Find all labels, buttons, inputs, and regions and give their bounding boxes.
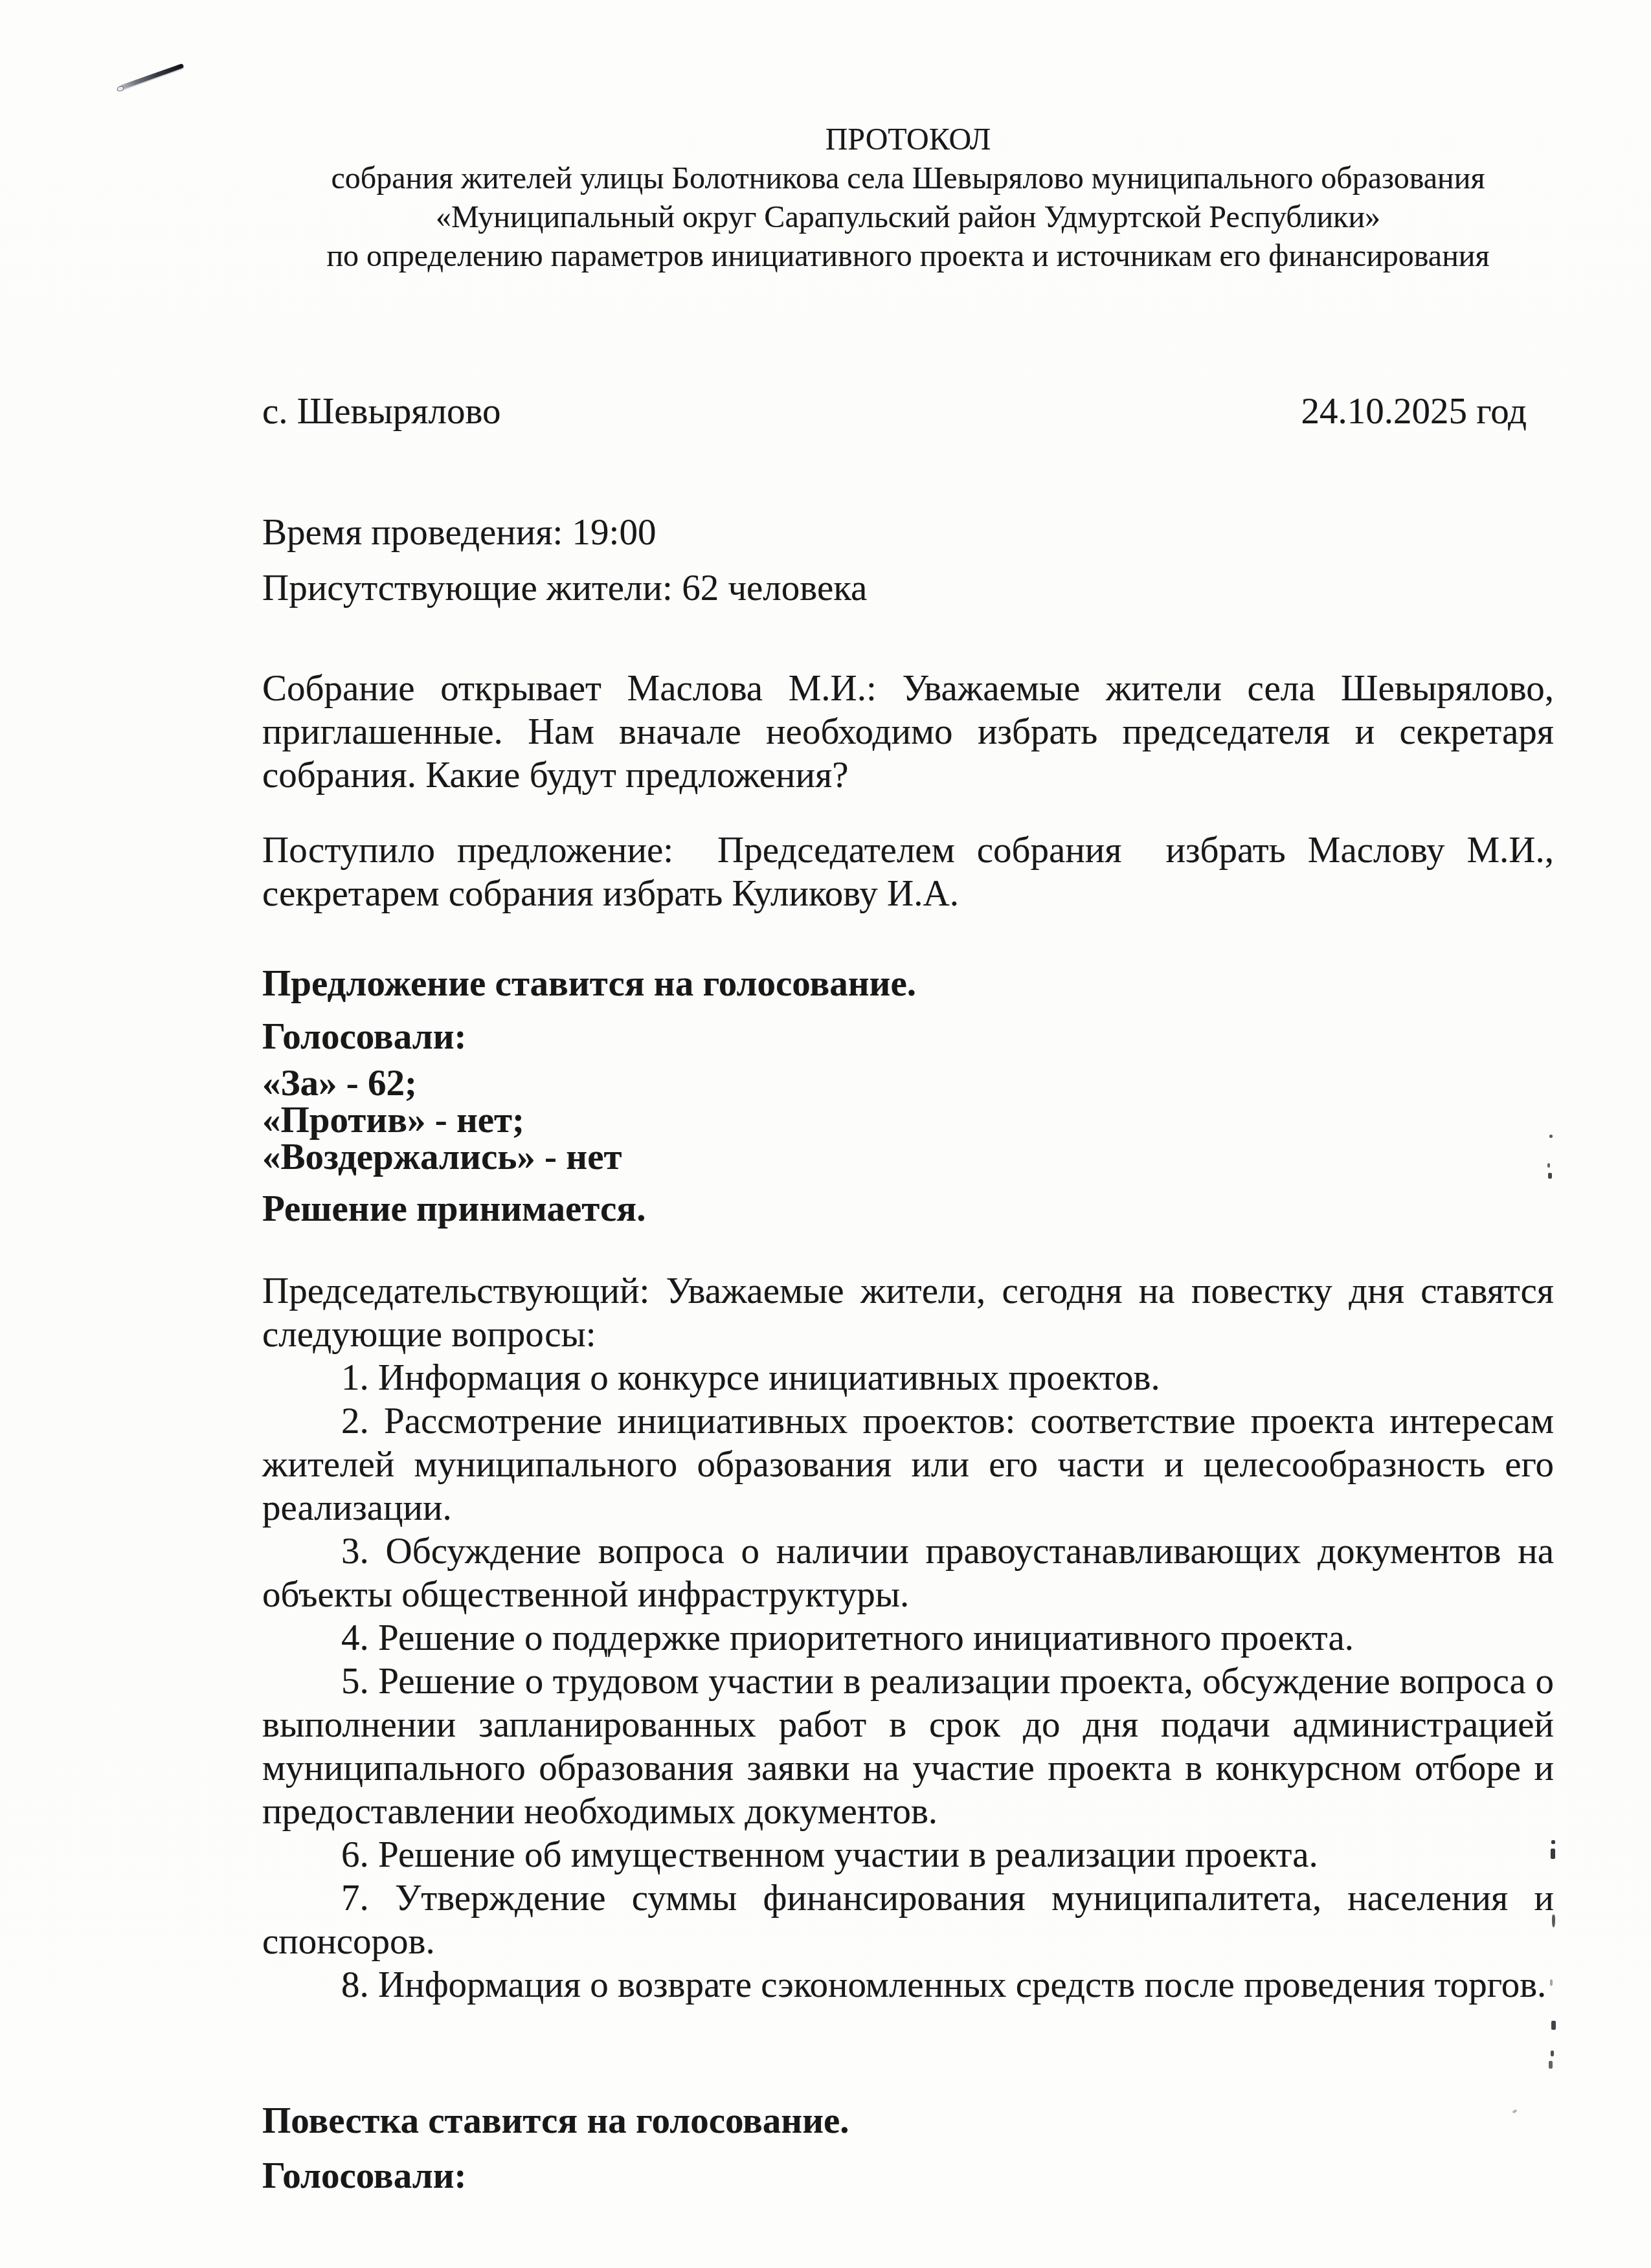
scan-speck — [1547, 1163, 1550, 1168]
agenda-items-list: 1. Информация о конкурсе инициативных пр… — [262, 1356, 1554, 2007]
scan-speck — [1551, 1840, 1555, 1844]
agenda-item-3: 3. Обсуждение вопроса о наличии правоуст… — [262, 1529, 1554, 1616]
scanned-protocol-page: ПРОТОКОЛ собрания жителей улицы Болотник… — [0, 0, 1651, 2268]
scan-speck — [1549, 2061, 1553, 2069]
vote1-for-line: «За» - 62; — [262, 1065, 1554, 1102]
scan-speck — [1551, 2051, 1554, 2056]
title-line-subject: по определению параметров инициативного … — [262, 237, 1554, 276]
agenda-item-8: 8. Информация о возврате сэкономленных с… — [262, 1963, 1554, 2007]
pen-stroke-artifact — [120, 63, 184, 90]
vote1-abstained-line: «Воздержались» - нет — [262, 1139, 1554, 1175]
attendees-line: Присутствующие жители: 62 человека — [262, 566, 1554, 610]
document-title-block: ПРОТОКОЛ собрания жителей улицы Болотник… — [262, 120, 1554, 276]
agenda-item-2: 2. Рассмотрение инициативных проектов: с… — [262, 1399, 1554, 1529]
scan-speck — [1552, 1915, 1555, 1928]
scan-speck — [1548, 1173, 1552, 1179]
vote1-against-line: «Против» - нет; — [262, 1102, 1554, 1139]
vote1-voted-label: Голосовали: — [262, 1015, 1554, 1058]
agenda-item-7: 7. Утверждение суммы финансирования муни… — [262, 1876, 1554, 1963]
title-line-meeting: собрания жителей улицы Болотникова села … — [262, 159, 1554, 198]
agenda-item-6: 6. Решение об имущественном участии в ре… — [262, 1833, 1554, 1876]
meeting-time-line: Время проведения: 19:00 — [262, 511, 1554, 554]
place-label: с. Шевырялово — [262, 390, 501, 433]
vote1-decision: Решение принимается. — [262, 1187, 1554, 1230]
agenda-item-1: 1. Информация о конкурсе инициативных пр… — [262, 1356, 1554, 1399]
agenda-item-5: 5. Решение о трудовом участии в реализац… — [262, 1660, 1554, 1833]
title-line-district: «Муниципальный округ Сарапульский район … — [262, 198, 1554, 237]
proposal-paragraph: Поступило предложение: Председателем соб… — [262, 828, 1554, 915]
scan-speck — [1549, 1135, 1553, 1138]
vote2-heading: Повестка ставится на голосование. — [262, 2099, 1554, 2142]
date-label: 24.10.2025 год — [1301, 390, 1527, 433]
title-line-protokol: ПРОТОКОЛ — [262, 120, 1554, 159]
scan-speck — [1551, 2021, 1556, 2030]
agenda-item-4: 4. Решение о поддержке приоритетного ини… — [262, 1616, 1554, 1660]
scan-speck — [1551, 1849, 1555, 1859]
agenda-intro-paragraph: Председательствующий: Уважаемые жители, … — [262, 1269, 1554, 1356]
vote1-results: «За» - 62; «Против» - нет; «Воздержались… — [262, 1065, 1554, 1175]
document-content: ПРОТОКОЛ собрания жителей улицы Болотник… — [262, 120, 1554, 2197]
scan-speck — [1550, 1979, 1553, 1986]
place-date-row: с. Шевырялово 24.10.2025 год — [262, 390, 1554, 433]
opening-paragraph: Собрание открывает Маслова М.И.: Уважаем… — [262, 667, 1554, 797]
vote2-voted-label: Голосовали: — [262, 2154, 1554, 2197]
vote1-heading: Предложение ставится на голосование. — [262, 962, 1554, 1005]
